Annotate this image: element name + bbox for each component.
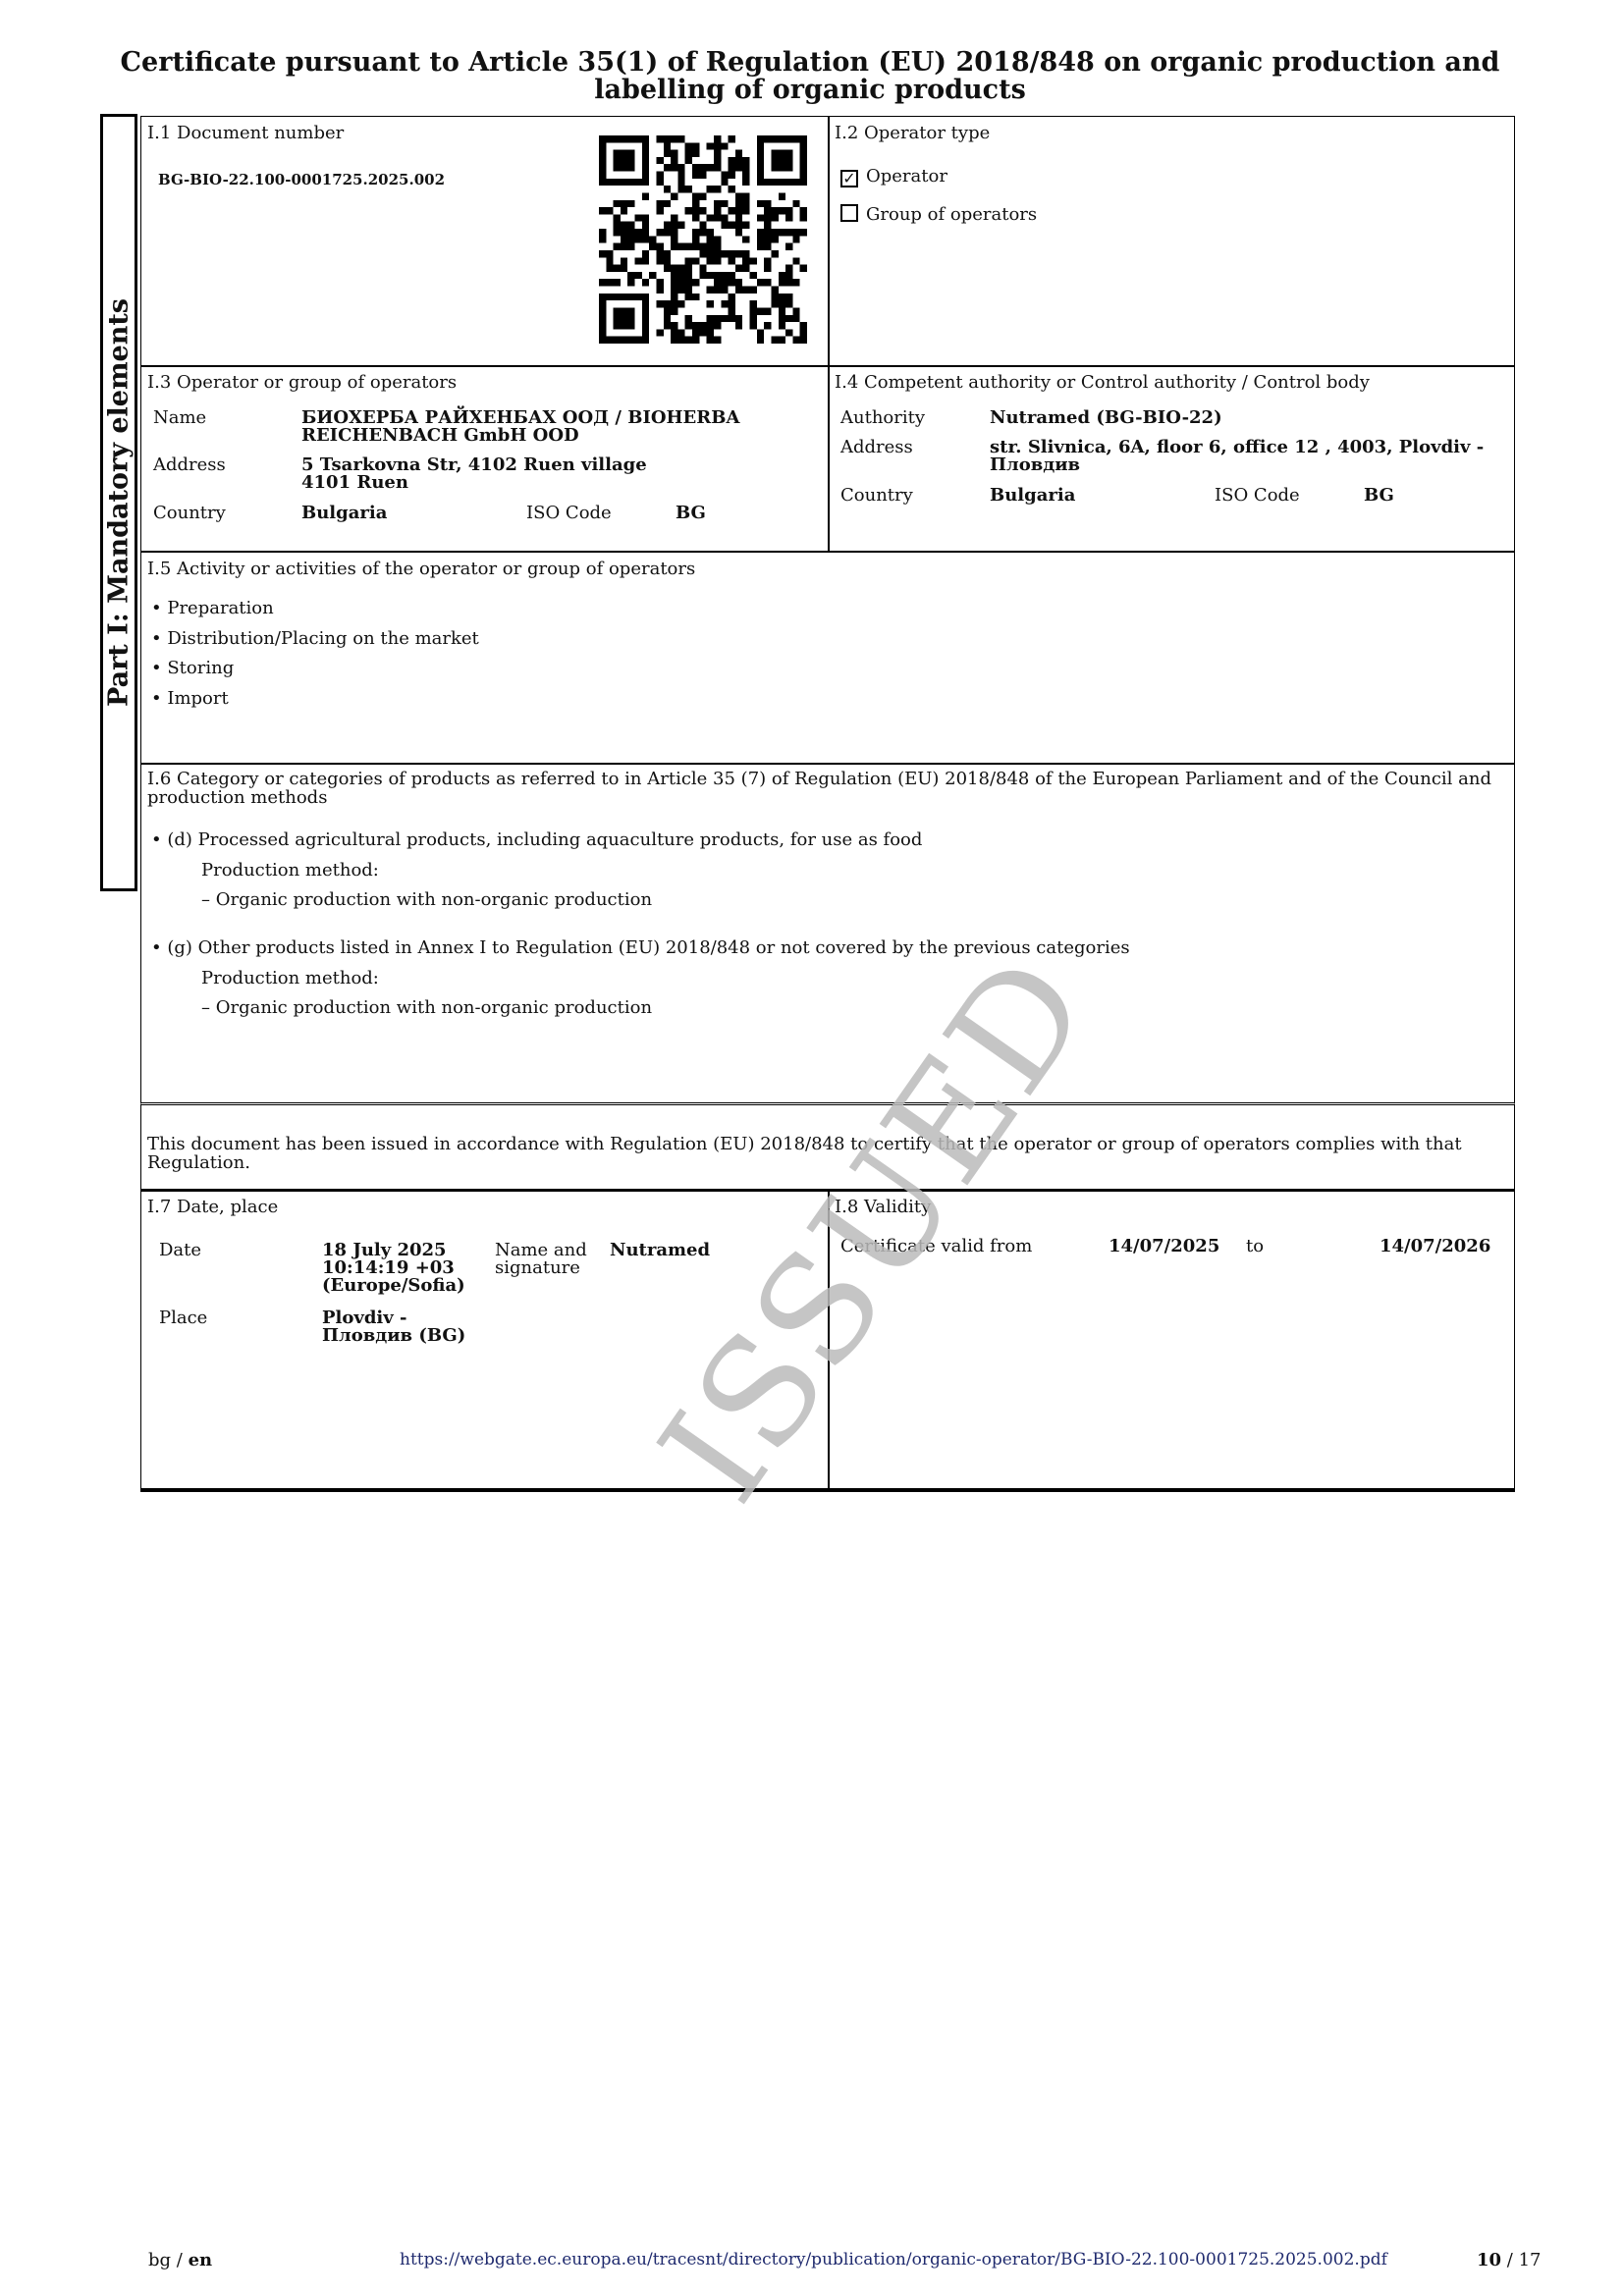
signature-label-line2: signature — [495, 1259, 580, 1277]
section-label: I.8 Validity — [835, 1197, 1508, 1218]
checkbox-group-of-operators[interactable]: Group of operators — [840, 204, 1037, 226]
qr-code-icon[interactable] — [599, 134, 807, 345]
production-method-label: Production method: — [151, 856, 922, 886]
valid-from-label: Certificate valid from — [840, 1238, 1032, 1255]
signature-value: Nutramed — [610, 1242, 710, 1259]
page-current: 10 — [1477, 2250, 1501, 2270]
production-method: – Organic production with non-organic pr… — [151, 993, 1130, 1024]
page-total: 17 — [1519, 2250, 1542, 2270]
operator-address-line2: 4101 Ruen — [301, 474, 408, 492]
authority-label: Authority — [840, 409, 925, 427]
checkbox-operator[interactable]: ✓Operator — [840, 166, 947, 187]
activity-item: • Preparation — [151, 594, 479, 624]
address-label: Address — [840, 439, 913, 456]
section-label: I.5 Activity or activities of the operat… — [147, 559, 1508, 580]
section-statement: This document has been issued in accorda… — [140, 1102, 1515, 1192]
document-number: BG-BIO-22.100-0001725.2025.002 — [158, 171, 445, 188]
iso-label: ISO Code — [526, 505, 612, 522]
compliance-statement: This document has been issued in accorda… — [147, 1135, 1485, 1172]
activity-item: • Import — [151, 684, 479, 715]
section-control-body: I.4 Competent authority or Control autho… — [828, 365, 1515, 552]
valid-from-date: 14/07/2025 — [1109, 1238, 1219, 1255]
part-label: Part I: Mandatory elements — [104, 298, 135, 707]
section-label: I.6 Category or categories of products a… — [147, 770, 1508, 807]
date-timezone: (Europe/Sofia) — [322, 1277, 465, 1295]
checkbox-unchecked-icon[interactable] — [840, 204, 858, 222]
section-product-categories: I.6 Category or categories of products a… — [140, 763, 1515, 1103]
place-line2: Пловдив (BG) — [322, 1327, 465, 1345]
activity-item: • Distribution/Placing on the market — [151, 624, 479, 655]
section-label: I.2 Operator type — [835, 123, 1508, 144]
section-activities: I.5 Activity or activities of the operat… — [140, 551, 1515, 765]
date-label: Date — [159, 1242, 201, 1259]
section-operator-type: I.2 Operator type ✓Operator Group of ope… — [828, 116, 1515, 367]
authority-country: Bulgaria — [990, 487, 1075, 505]
certificate-title: Certificate pursuant to Article 35(1) of… — [98, 49, 1522, 104]
operator-iso: BG — [676, 505, 706, 522]
category-name: • (g) Other products listed in Annex I t… — [151, 934, 1130, 964]
language-en-current[interactable]: en — [189, 2250, 213, 2270]
section-label: I.4 Competent authority or Control autho… — [835, 372, 1508, 394]
production-method: – Organic production with non-organic pr… — [151, 885, 922, 916]
iso-label: ISO Code — [1215, 487, 1300, 505]
language-switcher: bg / en — [148, 2250, 212, 2270]
page-indicator: 10 / 17 — [1477, 2250, 1542, 2270]
language-separator: / — [177, 2250, 183, 2270]
activity-item: • Storing — [151, 654, 479, 684]
valid-to-label: to — [1246, 1238, 1264, 1255]
section-validity: I.8 Validity Certificate valid from 14/0… — [828, 1190, 1515, 1492]
section-label: I.3 Operator or group of operators — [147, 372, 823, 394]
name-label: Name — [153, 409, 206, 427]
section-date-place: I.7 Date, place Date 18 July 2025 10:14:… — [140, 1190, 830, 1492]
production-method-label: Production method: — [151, 964, 1130, 994]
authority-value: Nutramed (BG-BIO-22) — [990, 409, 1222, 427]
operator-country: Bulgaria — [301, 505, 387, 522]
authority-iso: BG — [1364, 487, 1394, 505]
checkbox-label: Operator — [866, 166, 947, 187]
category-name: • (d) Processed agricultural products, i… — [151, 826, 922, 856]
valid-to-date: 14/07/2026 — [1380, 1238, 1490, 1255]
country-label: Country — [840, 487, 913, 505]
checkbox-checked-icon[interactable]: ✓ — [840, 170, 858, 187]
page-separator: / — [1507, 2250, 1513, 2270]
authority-address-line2: Пловдив — [990, 456, 1080, 474]
place-label: Place — [159, 1309, 207, 1327]
country-label: Country — [153, 505, 226, 522]
language-bg-link[interactable]: bg — [148, 2250, 171, 2270]
checkbox-label: Group of operators — [866, 204, 1037, 225]
document-url-link[interactable]: https://webgate.ec.europa.eu/tracesnt/di… — [400, 2250, 1387, 2269]
section-operator: I.3 Operator or group of operators Name … — [140, 365, 830, 552]
part-label-tab: Part I: Mandatory elements — [100, 114, 137, 891]
address-label: Address — [153, 456, 226, 474]
operator-name-line2: REICHENBACH GmbH OOD — [301, 427, 579, 445]
section-label: I.7 Date, place — [147, 1197, 823, 1218]
